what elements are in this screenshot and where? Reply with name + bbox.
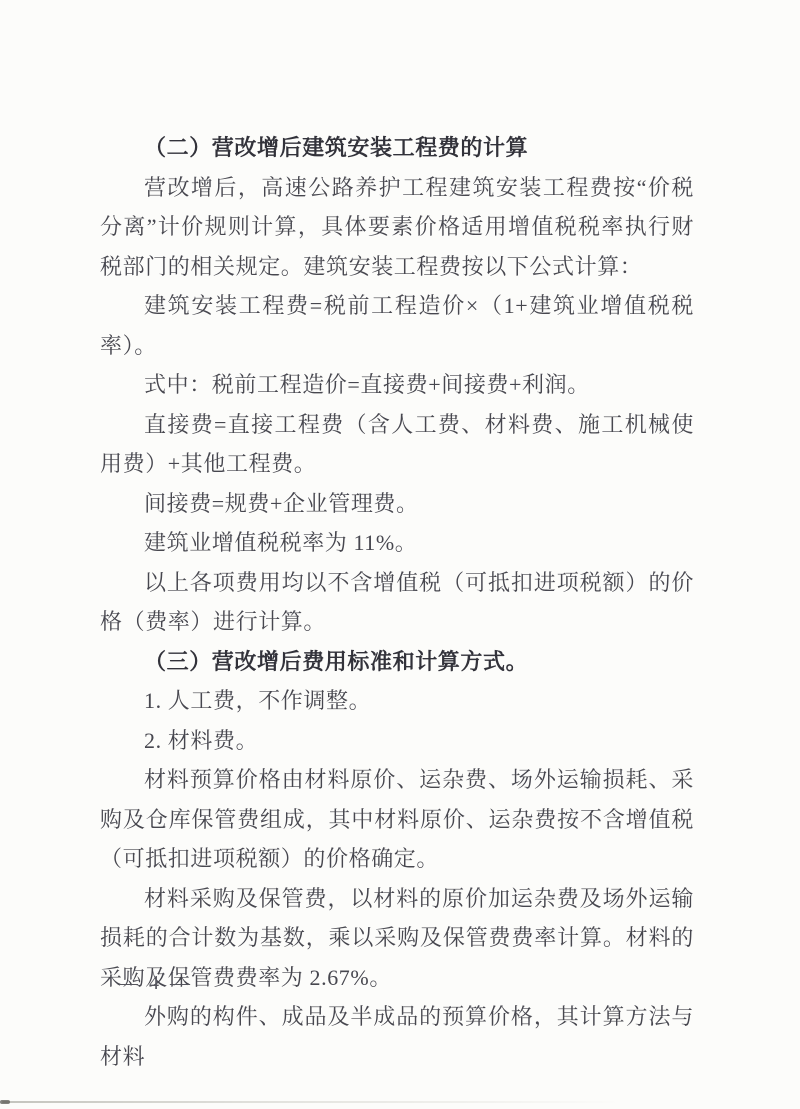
section-heading: （二）营改增后建筑安装工程费的计算 (100, 128, 694, 168)
paragraph: 1. 人工费，不作调整。 (100, 681, 694, 721)
paragraph: 建筑业增值税税率为 11%。 (100, 523, 694, 563)
paragraph: 式中：税前工程造价=直接费+间接费+利润。 (100, 365, 694, 405)
paragraph: 直接费=直接工程费（含人工费、材料费、施工机械使用费）+其他工程费。 (100, 405, 694, 484)
paragraph: 以上各项费用均以不含增值税（可抵扣进项税额）的价格（费率）进行计算。 (100, 563, 694, 642)
paragraph: 间接费=规费+企业管理费。 (100, 484, 694, 524)
paragraph: 建筑安装工程费=税前工程造价×（1+建筑业增值税税率）。 (100, 286, 694, 365)
paragraph: 营改增后，高速公路养护工程建筑安装工程费按“价税分离”计价规则计算，具体要素价格… (100, 168, 694, 287)
scan-artifact-bottom-line (2, 1101, 622, 1103)
paragraph: 材料预算价格由材料原价、运杂费、场外运输损耗、采购及仓库保管费组成，其中材料原价… (100, 760, 694, 879)
page-number: — 4 — (118, 972, 193, 995)
section-heading: （三）营改增后费用标准和计算方式。 (100, 642, 694, 682)
paragraph: 外购的构件、成品及半成品的预算价格，其计算方法与材料 (100, 997, 694, 1076)
scanned-document-page: （二）营改增后建筑安装工程费的计算营改增后，高速公路养护工程建筑安装工程费按“价… (0, 0, 800, 1109)
scan-artifact-speck (0, 1100, 10, 1104)
paragraph: 2. 材料费。 (100, 721, 694, 761)
document-body: （二）营改增后建筑安装工程费的计算营改增后，高速公路养护工程建筑安装工程费按“价… (100, 128, 694, 1076)
